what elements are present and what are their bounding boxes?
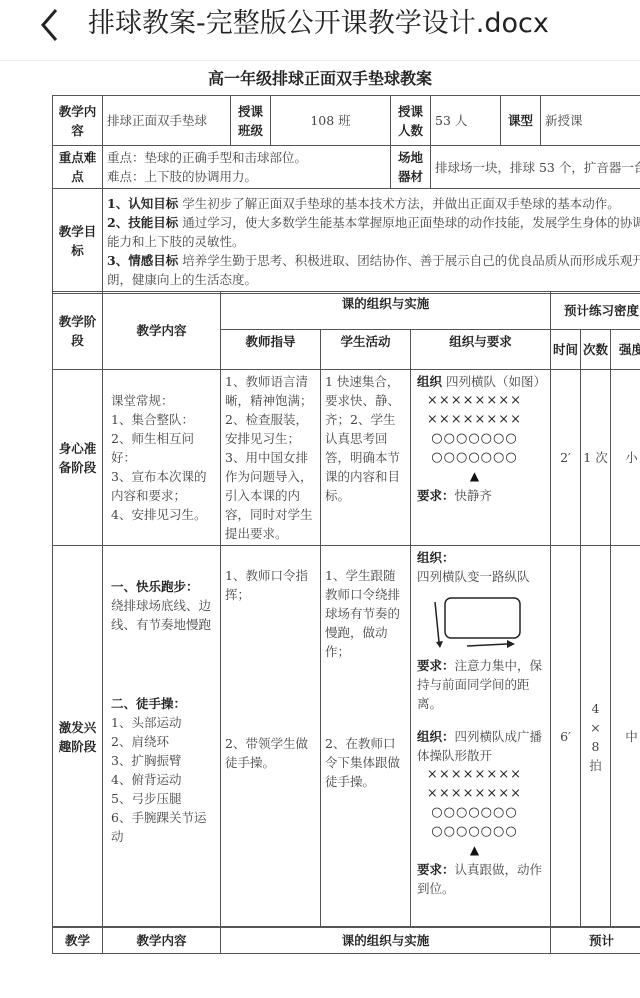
- req-text: 快静齐: [455, 488, 493, 503]
- goal-title: 2、技能目标: [107, 215, 178, 230]
- goal-text: 学生初步了解正面双手垫球的基本技术方法，并做出正面双手垫球的基本动作。: [182, 196, 620, 211]
- count-value: 53 人: [431, 96, 501, 146]
- intensity-header: 强度: [611, 330, 640, 370]
- req-label: 要求：: [417, 658, 455, 673]
- org-label: 组织：: [417, 729, 455, 744]
- formation-row: ××××××××: [403, 765, 546, 784]
- type-value: 新授课: [541, 96, 640, 146]
- stage2-student: 1、学生跟随教师口令绕排球场有节奏的慢跑，做动作； 2、在教师口令下集体跟做徒手…: [321, 546, 411, 928]
- req-label: 要求：: [417, 488, 455, 503]
- stage2-intensity: 中: [611, 546, 640, 928]
- count-label: 授课人数: [391, 96, 431, 146]
- exercise-item: 3、扩胸振臂: [111, 751, 216, 770]
- running-route-diagram: [417, 590, 537, 652]
- stage1-times: 1 次: [581, 370, 611, 546]
- content-line: 4、安排见习生。: [111, 505, 216, 524]
- teacher-step: 1、教师口令指挥；: [225, 566, 316, 604]
- stage1-student: 1 快速集合，要求快、静、齐；2、学生认真思考回答，明确本节课的内容和目标。: [321, 370, 411, 546]
- file-title: 排球教案-完整版公开课教学设计.docx: [88, 2, 549, 46]
- stage2-org: 组织： 四列横队变一路纵队 要求：注意力集中，保持与前面同学间的距离。 组织：四…: [411, 546, 551, 928]
- next-content-header: 教学内容: [103, 927, 221, 954]
- keypoints-text: 重点：垫球的正确手型和击球部位。 难点：上下肢的协调用力。: [103, 146, 391, 189]
- stage2-name: 激发兴趣阶段: [53, 546, 103, 928]
- venue-value: 排球场一块，排球 53 个，扩音器一台: [431, 146, 640, 189]
- divider: [0, 60, 640, 61]
- stage1-content: 课堂常规： 1、集合整队： 2、师生相互问好： 3、宣布本次课的内容和要求； 4…: [103, 370, 221, 546]
- type-label: 课型: [501, 96, 541, 146]
- content-line: 课堂常规：: [111, 391, 216, 410]
- student-step: 1、学生跟随教师口令绕排球场有节奏的慢跑，做动作；: [325, 566, 406, 661]
- app-header: 排球教案-完整版公开课教学设计.docx: [0, 0, 640, 56]
- stage1-org: 组织 四列横队（如图） ×××××××× ×××××××× ○○○○○○○ ○○…: [411, 370, 551, 546]
- exercise-item: 2、肩绕环: [111, 732, 216, 751]
- chevron-left-icon: [32, 6, 68, 42]
- goals-text: 1、认知目标 学生初步了解正面双手垫球的基本技术方法，并做出正面双手垫球的基本动…: [103, 189, 640, 294]
- content-label: 教学内容: [53, 96, 103, 146]
- times-part: 拍: [582, 756, 609, 775]
- stage2-time: 6′: [551, 546, 581, 928]
- keypoints-label: 重点难点: [53, 146, 103, 189]
- process-table: 教学阶段 教学内容 课的组织与实施 预计练习密度 教师指导 学生活动 组织与要求…: [52, 291, 640, 928]
- part-title: 一、快乐跑步：: [111, 577, 216, 596]
- student-header: 学生活动: [321, 330, 411, 370]
- org-text: 四列横队（如图）: [446, 374, 546, 389]
- content-line: 3、宣布本次课的内容和要求；: [111, 467, 216, 505]
- exercise-item: 1、头部运动: [111, 713, 216, 732]
- exercise-item: 6、手腕踝关节运动: [111, 808, 216, 846]
- density-header: 预计练习密度: [551, 292, 640, 330]
- req-header: 组织与要求: [411, 330, 551, 370]
- formation-row: ○○○○○○○: [403, 803, 546, 822]
- goals-label: 教学目标: [53, 189, 103, 294]
- next-stage-header: 教学: [53, 927, 103, 954]
- stage1-time: 2′: [551, 370, 581, 546]
- org-label: 组织：: [417, 548, 546, 567]
- back-button[interactable]: [32, 6, 68, 42]
- formation-row: ○○○○○○○: [403, 822, 546, 841]
- formation-row: ○○○○○○○: [403, 429, 546, 448]
- formation-row: ○○○○○○○: [403, 448, 546, 467]
- exercise-item: 4、俯背运动: [111, 770, 216, 789]
- student-step: 2、在教师口令下集体跟做徒手操。: [325, 734, 406, 791]
- teacher-step: 2、带领学生做徒手操。: [225, 734, 316, 772]
- goal-title: 3、情感目标: [107, 253, 178, 268]
- difficult-point: 难点：上下肢的协调用力。: [107, 167, 386, 186]
- formation-row: ××××××××: [403, 391, 546, 410]
- org-label: 组织: [417, 374, 442, 389]
- stage-header: 教学阶段: [53, 292, 103, 370]
- stage1-intensity: 小: [611, 370, 640, 546]
- formation-row: ××××××××: [403, 784, 546, 803]
- stage2-times: 4 × 8 拍: [581, 546, 611, 928]
- times-part: ×: [582, 718, 609, 737]
- part-text: 绕排球场底线、边线、有节奏地慢跑: [111, 596, 216, 634]
- next-org-header: 课的组织与实施: [221, 927, 551, 954]
- content-header: 教学内容: [103, 292, 221, 370]
- teacher-header: 教师指导: [221, 330, 321, 370]
- content-line: 1、集合整队：: [111, 410, 216, 429]
- key-point: 重点：垫球的正确手型和击球部位。: [107, 148, 386, 167]
- times-part: 8: [582, 737, 609, 756]
- goal-text: 通过学习，使大多数学生能基本掌握原地正面垫球的动作技能，发展学生身体的协调能力和…: [107, 215, 640, 249]
- goal-text: 培养学生勤于思考、积极进取、团结协作、善于展示自己的优良品质从而形成乐观开朗，健…: [107, 253, 640, 287]
- req-label: 要求：: [417, 862, 455, 877]
- time-header: 时间: [551, 330, 581, 370]
- class-value: 108 班: [271, 96, 391, 146]
- info-table: 教学内容 排球正面双手垫球 授课班级 108 班 授课人数 53 人 课型 新授…: [52, 95, 640, 294]
- goal-title: 1、认知目标: [107, 196, 178, 211]
- content-value: 排球正面双手垫球: [103, 96, 231, 146]
- stage2-content: 一、快乐跑步： 绕排球场底线、边线、有节奏地慢跑 二、徒手操： 1、头部运动 2…: [103, 546, 221, 928]
- page-title: 高一年级排球正面双手垫球教案: [0, 66, 640, 89]
- content-line: 2、师生相互问好：: [111, 429, 216, 467]
- formation-row: ××××××××: [403, 410, 546, 429]
- org-header: 课的组织与实施: [221, 292, 551, 330]
- stage1-teacher: 1、教师语言清晰，精神饱满；2、检查服装，安排见习生；3、用中国女排作为问题导入…: [221, 370, 321, 546]
- part-title: 二、徒手操：: [111, 694, 216, 713]
- next-header-table: 教学 教学内容 课的组织与实施 预计: [52, 926, 640, 954]
- stage1-name: 身心准备阶段: [53, 370, 103, 546]
- teacher-position-icon: ▲: [403, 467, 546, 486]
- exercise-item: 5、弓步压腿: [111, 789, 216, 808]
- stage2-teacher: 1、教师口令指挥； 2、带领学生做徒手操。: [221, 546, 321, 928]
- venue-label: 场地器材: [391, 146, 431, 189]
- org-text: 四列横队变一路纵队: [417, 567, 546, 586]
- next-density-header: 预计: [551, 927, 640, 954]
- times-part: 4: [582, 699, 609, 718]
- times-header: 次数: [581, 330, 611, 370]
- teacher-position-icon: ▲: [403, 841, 546, 860]
- class-label: 授课班级: [231, 96, 271, 146]
